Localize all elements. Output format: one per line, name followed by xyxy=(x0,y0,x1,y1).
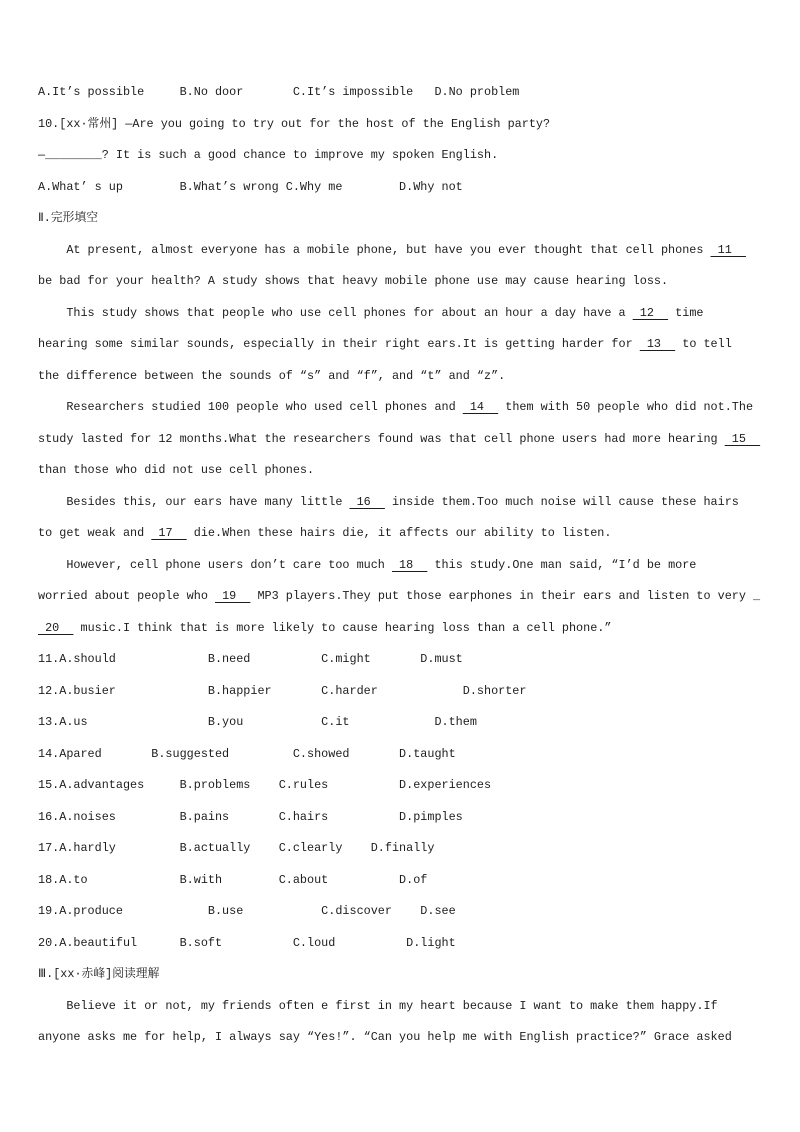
q20-options-line: 20.A.beautiful B.soft C.loud D.light xyxy=(38,928,770,960)
cloze-blank-12: 12 xyxy=(633,306,668,320)
cloze-line-8: than those who did not use cell phones. xyxy=(38,455,770,487)
q10-reply-line: —________? It is such a good chance to i… xyxy=(38,140,770,172)
cloze-line-6: Researchers studied 100 people who used … xyxy=(38,392,770,424)
cloze-blank-14: 14 xyxy=(463,400,498,414)
cloze-blank-18: 18 xyxy=(392,558,427,572)
cloze-blank-20: 20 xyxy=(38,621,73,635)
q9-options-line: A.It’s possible B.No door C.It’s impossi… xyxy=(38,77,770,109)
cloze-blank-19: 19 xyxy=(215,589,250,603)
cloze-blank-15: 15 xyxy=(725,432,760,446)
cloze-blank-17: 17 xyxy=(151,526,186,540)
q10-options-line: A.What’ s up B.What’s wrong C.Why me D.W… xyxy=(38,172,770,204)
cloze-line-9: Besides this, our ears have many little … xyxy=(38,487,770,519)
q18-options-line: 18.A.to B.with C.about D.of xyxy=(38,865,770,897)
q12-options-line: 12.A.busier B.happier C.harder D.shorter xyxy=(38,676,770,708)
reading-line-2: anyone asks me for help, I always say “Y… xyxy=(38,1022,770,1054)
cloze-line-3: This study shows that people who use cel… xyxy=(38,298,770,330)
exam-text-body: A.It’s possible B.No door C.It’s impossi… xyxy=(38,77,770,1054)
section-3-heading: Ⅲ.[xx·赤峰]阅读理解 xyxy=(38,959,770,991)
q13-options-line: 13.A.us B.you C.it D.them xyxy=(38,707,770,739)
cloze-line-13: 20 music.I think that is more likely to … xyxy=(38,613,770,645)
cloze-blank-13: 13 xyxy=(640,337,675,351)
q19-options-line: 19.A.produce B.use C.discover D.see xyxy=(38,896,770,928)
q17-options-line: 17.A.hardly B.actually C.clearly D.final… xyxy=(38,833,770,865)
section-2-heading: Ⅱ.完形填空 xyxy=(38,203,770,235)
q10-stem-line: 10.[xx·常州] —Are you going to try out for… xyxy=(38,109,770,141)
cloze-line-7: study lasted for 12 months.What the rese… xyxy=(38,424,770,456)
exam-page: A.It’s possible B.No door C.It’s impossi… xyxy=(0,0,800,1132)
cloze-blank-11: 11 xyxy=(711,243,746,257)
cloze-line-1: At present, almost everyone has a mobile… xyxy=(38,235,770,267)
cloze-line-2: be bad for your health? A study shows th… xyxy=(38,266,770,298)
q11-options-line: 11.A.should B.need C.might D.must xyxy=(38,644,770,676)
cloze-blank-16: 16 xyxy=(350,495,385,509)
q15-options-line: 15.A.advantages B.problems C.rules D.exp… xyxy=(38,770,770,802)
reading-line-1: Believe it or not, my friends often e fi… xyxy=(38,991,770,1023)
cloze-line-5: the difference between the sounds of “s”… xyxy=(38,361,770,393)
q16-options-line: 16.A.noises B.pains C.hairs D.pimples xyxy=(38,802,770,834)
cloze-line-12: worried about people who 19 MP3 players.… xyxy=(38,581,770,613)
cloze-line-10: to get weak and 17 die.When these hairs … xyxy=(38,518,770,550)
cloze-line-4: hearing some similar sounds, especially … xyxy=(38,329,770,361)
q14-options-line: 14.Apared B.suggested C.showed D.taught xyxy=(38,739,770,771)
cloze-line-11: However, cell phone users don’t care too… xyxy=(38,550,770,582)
